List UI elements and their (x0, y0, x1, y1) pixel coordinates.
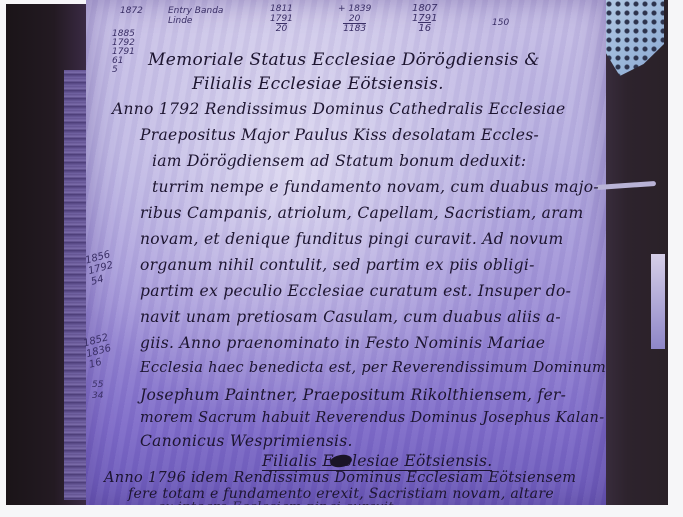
body-line: Canonicus Wesprimiensis. (140, 432, 353, 450)
page-tab-marker (651, 254, 665, 349)
body-line: Josephum Paintner, Praepositum Rikolthie… (140, 386, 566, 404)
margin-note: 1885 1792 1791 61 5 (112, 30, 135, 75)
body-line: Praepositus Major Paulus Kiss desolatam … (140, 126, 539, 144)
pencil-note: 1872 (120, 6, 143, 16)
record-heading-line-1: Memoriale Status Ecclesiae Dörögdiensis … (148, 50, 540, 70)
body-line: iam Dörögdiensem ad Statum bonum deduxit… (152, 152, 526, 170)
pencil-fraction: 1811 1791 20 (270, 4, 293, 34)
body-line: Anno 1796 idem Rendissimus Dominus Eccle… (104, 470, 576, 486)
record-heading-line-2: Filialis Ecclesiae Eötsiensis. (192, 74, 444, 94)
pencil-note: Entry Banda (168, 6, 223, 16)
pencil-fraction: 1807 1791 16 (412, 4, 437, 34)
pencil-note: 150 (492, 18, 509, 28)
scan-bottom-margin (0, 505, 683, 517)
body-line: Anno 1792 Rendissimus Dominus Cathedrali… (112, 100, 565, 118)
pencil-fraction: + 1839 20 1183 (338, 4, 371, 34)
margin-note: 55 34 (92, 380, 103, 402)
body-line: Ecclesia haec benedicta est, per Reveren… (140, 360, 606, 376)
manuscript-scan: 1872 Entry Banda Linde 1811 1791 20 + 18… (0, 0, 683, 517)
book-binding-right (600, 0, 668, 505)
filial-church-subheading: Filialis Ecclesiae Eötsiensis. (262, 452, 492, 471)
body-line: novam, et denique funditus pingi curavit… (140, 230, 563, 248)
body-line: turrim nempe e fundamento novam, cum dua… (152, 178, 599, 196)
body-line: morem Sacrum habuit Reverendus Dominus J… (140, 410, 604, 426)
body-line: organum nihil contulit, sed partim ex pi… (140, 256, 535, 274)
pencil-note: Linde (168, 16, 192, 26)
body-line: partim ex peculio Ecclesiae curatum est.… (140, 282, 571, 300)
body-line: ribus Campanis, atriolum, Capellam, Sacr… (140, 204, 583, 222)
body-line: giis. Anno praenominato in Festo Nominis… (140, 334, 545, 352)
body-line: navit unam pretiosam Casulam, cum duabus… (140, 308, 561, 326)
